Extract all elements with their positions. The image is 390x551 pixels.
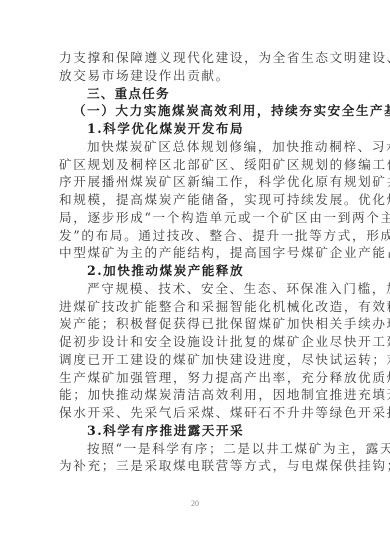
- body-line: 发”的布局。通过技改、整合、提升一批等方式，形成以大: [59, 227, 331, 245]
- body-line: 保水开采、先采气后采煤、煤矸石不升井等绿色开采技术。: [59, 404, 331, 422]
- body-line: 严守规模、技术、安全、生态、环保准入门槛，加快推: [59, 280, 331, 298]
- page-number: 20: [0, 499, 390, 508]
- subsection-heading: （一）大力实施煤炭高效利用，持续夯实安全生产基础: [59, 102, 331, 120]
- body-line: 炭产能；积极督促获得已批保留煤矿加快相关手续办理；督: [59, 315, 331, 333]
- body-line: 放交易市场建设作出贡献。: [59, 67, 331, 85]
- item-title: 2.加快推动煤炭产能释放: [59, 262, 331, 280]
- body-line: 促初步设计和安全设施设计批复的煤矿企业尽快开工建设；: [59, 333, 331, 351]
- document-page: 力支撑和保障遵义现代化建设，为全省生态文明建设、碳排 放交易市场建设作出贡献。 …: [0, 0, 390, 551]
- body-line: 加快煤炭矿区总体规划修编，加快推动桐梓、习水国家: [59, 138, 331, 156]
- page-content: 力支撑和保障遵义现代化建设，为全省生态文明建设、碳排 放交易市场建设作出贡献。 …: [59, 49, 331, 475]
- body-line: 和规模，提高煤炭产能储备，实现可持续发展。优化煤矿布: [59, 191, 331, 209]
- section-heading: 三、重点任务: [59, 85, 331, 103]
- body-line: 中型煤矿为主的产能结构，提高国字号煤矿企业产能占比。: [59, 244, 331, 262]
- body-line: 按照“一是科学有序；二是以井工煤矿为主，露天煤矿: [59, 440, 331, 458]
- body-line: 局，逐步形成“一个构造单元或一个矿区由一到两个主体开: [59, 209, 331, 227]
- body-line: 力支撑和保障遵义现代化建设，为全省生态文明建设、碳排: [59, 49, 331, 67]
- item-title: 3.科学有序推进露天开采: [59, 422, 331, 440]
- body-line: 进煤矿技改扩能整合和采掘智能化机械化改造，有效释放煤: [59, 298, 331, 316]
- body-line: 生产煤矿加强管理，努力提高产出率，充分释放优质煤炭产: [59, 369, 331, 387]
- body-line: 矿区规划及桐梓区北部矿区、绥阳矿区规划的修编工作，有: [59, 156, 331, 174]
- body-line: 为补充；三是采取煤电联营等方式，与电煤保供挂钩；四是: [59, 457, 331, 475]
- body-line: 序开展播州煤炭矿区新编工作，科学优化原有规划矿井边界: [59, 173, 331, 191]
- body-line: 能；加快推动煤炭清洁高效利用，因地制宜推进充填开采、: [59, 386, 331, 404]
- item-title: 1.科学优化煤炭开发布局: [59, 120, 331, 138]
- body-line: 调度已开工建设的煤矿加快建设进度，尽快试运转；对现有: [59, 351, 331, 369]
